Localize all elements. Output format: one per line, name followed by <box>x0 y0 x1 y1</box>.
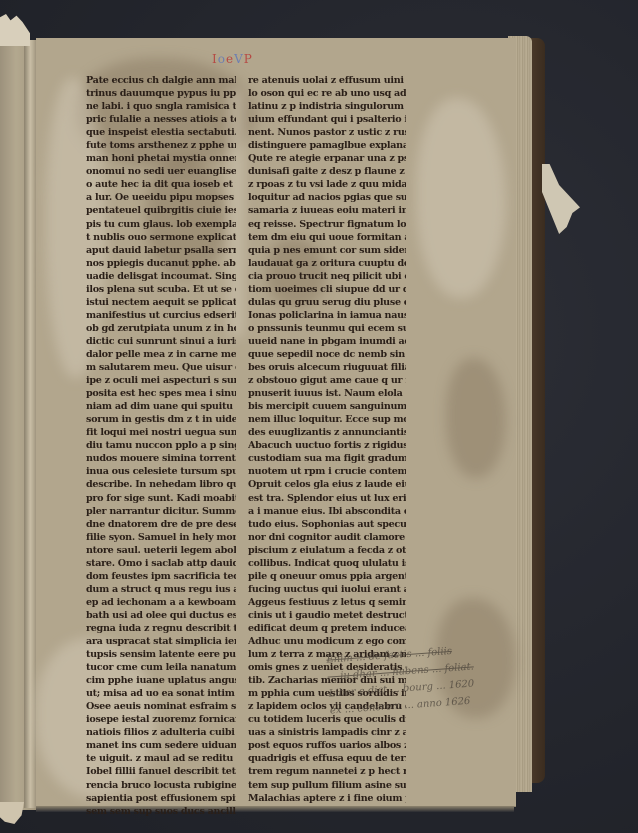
text-line: uadie delisgat incoumat. Singla meo <box>86 270 236 283</box>
text-line: dalor pelle mea z in carne mea uidebo <box>86 348 236 361</box>
rubricated-folio-mark: IoeVP <box>212 52 253 66</box>
text-line: tupsis sensim latente eere puuietasi he <box>86 648 236 661</box>
text-line: Qute re ategie erpanar una z psi celeim <box>248 152 406 165</box>
text-line: o pnssunis teunmu qui ecem sup mn <box>248 322 406 335</box>
text-line: a i manue eius. Ibi abscondita est forti <box>248 505 406 518</box>
text-line: bath usi ad olee qui ductus est i assyri… <box>86 609 236 622</box>
folio-mark-char: V <box>234 52 244 66</box>
text-line: tem dm eiu qui uoue formitan al adasavu <box>248 231 406 244</box>
text-line: custodiam sua ma figit gradum sup mu <box>248 452 406 465</box>
text-line: est tra. Splendor eius ut lux erit cornu <box>248 492 406 505</box>
text-line: regna iuda z regnu describit terr. Sie f… <box>86 622 236 635</box>
text-line: fit loqui mei nostri uegua sumient dim <box>86 426 236 439</box>
text-line: istui nectem aequit se pplicat ut ulls r… <box>86 296 236 309</box>
text-line: stare. Omo i saclab attp dauid regni sae <box>86 557 236 570</box>
text-line: tucor cme cum leila nanatum. Ouode <box>86 661 236 674</box>
text-line: trinus dauumque pypus iu ppha z lau <box>86 87 236 100</box>
text-line: fucing uuctus qui iuolui erant argento. <box>248 583 406 596</box>
text-line: pro for sige sunt. Kadi moabitis psalie … <box>86 492 236 505</box>
text-line: piscium z eiulatum a fecda z otrucem a <box>248 544 406 557</box>
text-line: dictic cui sunrunt sinui a iuristum cuum <box>86 335 236 348</box>
text-line: des euuglizantis z annunciantis pacem. <box>248 426 406 439</box>
text-line: Osee aeuis nominat esfraim samaria <box>86 700 236 713</box>
text-line: collibus. Indicat quoq ululatu istatorn … <box>248 557 406 570</box>
text-line: Ionas policlarina in iamua naustragosa <box>248 309 406 322</box>
text-line: quia p nes emunt cor sum sideror ilo <box>248 244 406 257</box>
text-line: que inspeist elestia sectabuti. Muiu tao <box>86 126 236 139</box>
text-line: trem regum nannetei z p hect regem sedt <box>248 765 406 778</box>
text-line: a lur. Oe ueeidu pipu mopses butui ub <box>86 191 236 204</box>
text-line: pnuserit iuuus ist. Naum elola spe cr <box>248 387 406 400</box>
text-line: z rpoas z tu vsi lade z quu mida sit fui… <box>248 178 406 191</box>
text-line: lo oson qui ec re ab uno usq ad eo gau <box>248 87 406 100</box>
text-line: pile q oneuur omus ppia argenti ersp <box>248 570 406 583</box>
text-line: pler narrantur dicitur. Summe agnu <box>86 505 236 518</box>
text-line: ob gd zerutpiata unum z in hosaio <box>86 322 236 335</box>
text-line: dom feustes ipm sacrificia tecbar. Chala <box>86 570 236 583</box>
folio-mark-char: P <box>244 52 253 66</box>
text-line: ntore saul. ueterii legem abolita mon <box>86 544 236 557</box>
text-line: uas a sinistris lampadis cinr z a dextri… <box>248 726 406 739</box>
text-line: inua ous celesiete tursum spualia regna <box>86 465 236 478</box>
text-line: nor dni cognitor audit clamore a porta z <box>248 531 406 544</box>
text-line: ne labi. i quo sngla ramisica taunto sin… <box>86 100 236 113</box>
text-line: fute toms arsthenez z pphe untaitz atla <box>86 139 236 152</box>
text-line: Adhuc unu modicum z ego commouebo ce <box>248 635 406 648</box>
text-line: rencia bruco locusta rubigine uastare et <box>86 779 236 792</box>
text-line: sorum in gestis dm z t in uide psert. Tu <box>86 413 236 426</box>
text-line: sem sem sup suos ducs ancillas z sup <box>86 805 236 818</box>
text-line: nent. Nunos pastor z ustic z rusticus <box>248 126 406 139</box>
text-line: t nublis ouo sermone explicatur. psalam <box>86 231 236 244</box>
text-line: cinis ut i gaudio metet destructi templi <box>248 609 406 622</box>
text-line: ipe z oculi mei aspecturi s sunt alme. R… <box>86 374 236 387</box>
text-line: sapientia post effusionem spins ppll eff… <box>86 792 236 805</box>
handwritten-marginalia: Enim ... de factis ... foliis... iu dhar… <box>326 638 520 719</box>
text-line: onomui no sedi uer euanglise legis phgar… <box>86 165 236 178</box>
text-line: man honi phetai mystia onnenit. Deut <box>86 152 236 165</box>
text-line: ut; misa ad uo ea sonat intim phgam. <box>86 687 236 700</box>
text-line: distinguere pamaglbue explanat uo yre. <box>248 139 406 152</box>
text-line: dunisafi gaite z desz p flaune z liber a… <box>248 165 406 178</box>
text-line: Opruit celos gla eius z laude eius plena <box>248 478 406 491</box>
text-line: bis mercipit cuuem sanguinum z p eiuso <box>248 400 406 413</box>
text-line: dne dnatorem dre de pre desert ad monte <box>86 518 236 531</box>
text-line: edificat deum q pretem induceat locbtum <box>248 622 406 635</box>
text-line: bes oruis alcecum riuguuat filiae lauomi <box>248 361 406 374</box>
text-line: describe. In nehedam libro quod ipli paz <box>86 478 236 491</box>
text-line: o aute hec ia dit qua ioseb et ur vane n… <box>86 178 236 191</box>
text-line: Iobel fillii fanuel describit tetram xii… <box>86 765 236 778</box>
text-line: filie syon. Samuel in hely mortuo z oc <box>86 531 236 544</box>
text-line: laudauat ga z oritura cuuptu dem us <box>248 257 406 270</box>
text-line: posita est hec spes mea i sinu meo. Ue <box>86 387 236 400</box>
text-line: Pate eccius ch dalgie ann malege au <box>86 74 236 87</box>
text-line: ep ad iechonam a a kewboam filio na <box>86 596 236 609</box>
text-line: diu tamu nuccon pplo a p singsos tribs <box>86 439 236 452</box>
text-line: loquitur ad nacios pgias que sur i mente <box>248 191 406 204</box>
text-line: z obstouo gigut ame caue q ur marcha <box>248 374 406 387</box>
folio-mark-char: o <box>218 52 226 66</box>
light-patch <box>416 98 506 298</box>
text-line: tiom uoeimes cli siupue dd ur dn cuis <box>248 283 406 296</box>
text-line: Aggeus festiuus z letus q seminaut ma <box>248 596 406 609</box>
text-line: dulas qu gruu serug diu pluse cuipt mon <box>248 296 406 309</box>
text-line: pis tu cum glaus. lob exemplar pacie qui <box>86 218 236 231</box>
text-line: ara uspracat stat simplicia ier. Stiusi <box>86 635 236 648</box>
text-line: post equos ruffos uarios albos z dissipa… <box>248 739 406 752</box>
text-line: Malachias aptere z i fine oium pphetaru <box>248 792 406 805</box>
text-line: natiois filios z adulteria cuibi de clau… <box>86 726 236 739</box>
text-column-left: Pate eccius ch dalgie ann malege autrinu… <box>86 74 236 818</box>
text-line: manifestius ut curcius edserit. Sus in <box>86 309 236 322</box>
text-line: Abacuch uuctuo fortis z rigidus stat sup <box>248 439 406 452</box>
text-line: te uiguit. z maul ad se reditu pserlau <box>86 752 236 765</box>
text-line: eq reisse. Spectrur fignatum lonisti z s… <box>248 218 406 231</box>
text-line: manet ins cum sedere uiduam et sb ues <box>86 739 236 752</box>
text-line: tem sup pullum filium asine sub iugal. <box>248 779 406 792</box>
text-line: uium effundant qui i psalterio inistar u… <box>248 113 406 126</box>
text-line: ilos plena sut scuba. Et ut se ceteris s… <box>86 283 236 296</box>
text-line: nuotem ut rpm i crucie contemplet z dica… <box>248 465 406 478</box>
text-line: nudos mouere simina torrente atque <box>86 452 236 465</box>
text-line: nos ppiegis ducanut pphe. abstugere eis <box>86 257 236 270</box>
text-line: samaria z iuueas eoiu materi inatore <box>248 204 406 217</box>
text-line: quue sepedil noce dc nemb sin inm <box>248 348 406 361</box>
text-line: aput dauid labetur psalla sermone fitus … <box>86 244 236 257</box>
text-line: uueid nane in pbgam inumdi ad pe <box>248 335 406 348</box>
text-line: pric fulalie a nesses atiois a toms odo … <box>86 113 236 126</box>
text-line: cia prouo trucit neq pilicit ubi capi <box>248 270 406 283</box>
text-line: m salutarem meu. Que uisur eu ego <box>86 361 236 374</box>
text-line: quadrigis et effusa equu de terra z ptur… <box>248 752 406 765</box>
text-line: cim pphe iuane uplatus angustias cur <box>86 674 236 687</box>
text-line: tudo eius. Sophonias aut speculator z ar… <box>248 518 406 531</box>
text-line: niam ad dim uane qui spuitu dauid <box>86 400 236 413</box>
text-line: iosepe iestal zuoremz fornicaria z fou <box>86 713 236 726</box>
text-line: pentateuel quibrgitis ciuie iestus se ue… <box>86 204 236 217</box>
water-stain <box>446 358 506 478</box>
text-line: dum a struct q mus regu ius a salomeuil <box>86 583 236 596</box>
text-line: re atenuis uolai z effusum uini lcuiada <box>248 74 406 87</box>
text-line: nem illuc loquitur. Ecce sup monte pr <box>248 413 406 426</box>
text-line: latinu z p indistria singulorum esftuti <box>248 100 406 113</box>
folio-mark-char: e <box>226 52 234 66</box>
